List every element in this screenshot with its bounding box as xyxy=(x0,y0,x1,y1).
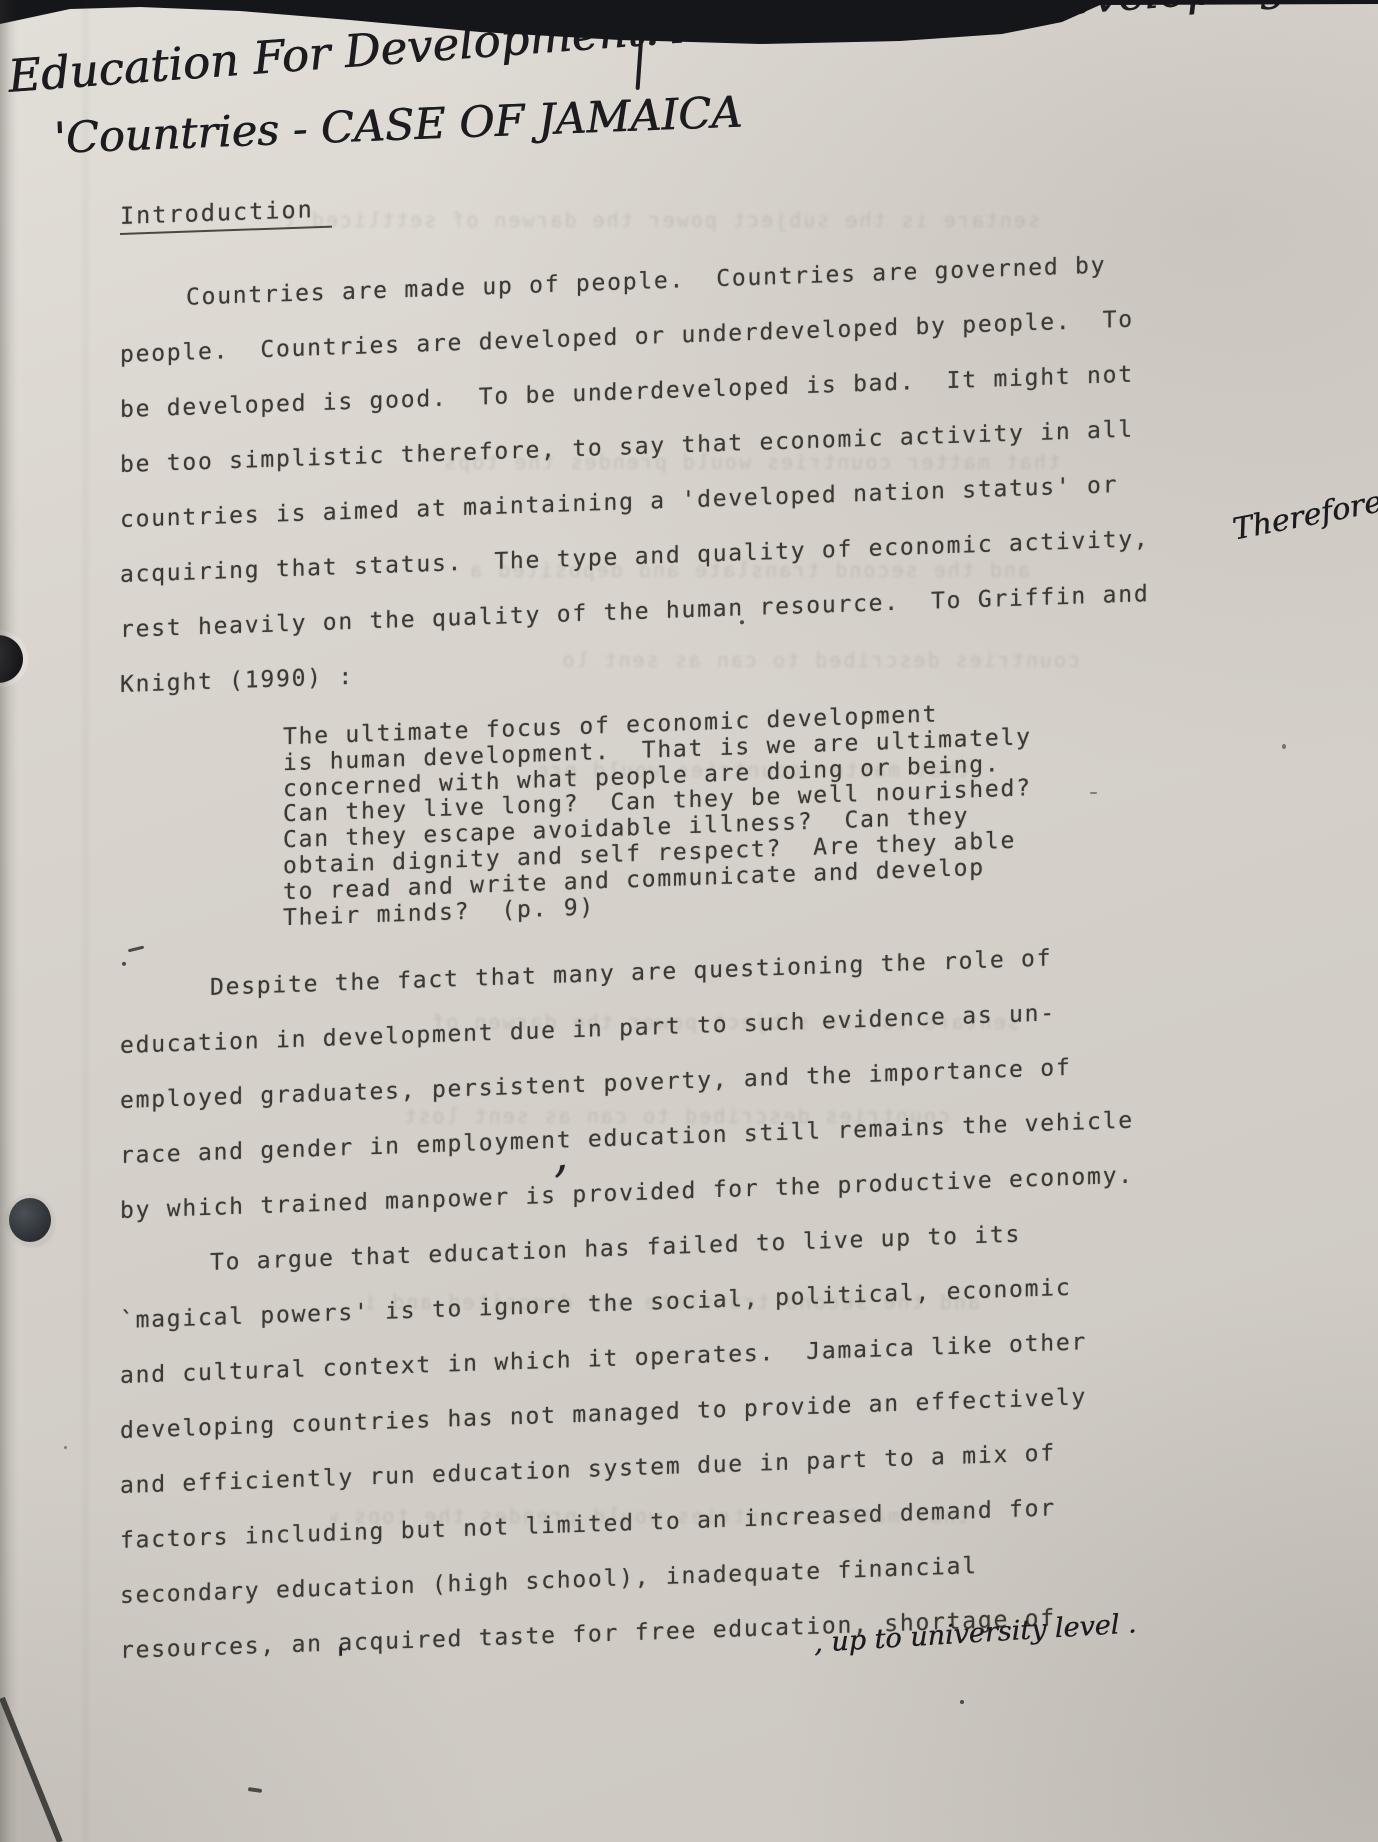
paragraph-1: Countries are made up of people. Countri… xyxy=(120,237,1149,713)
scan-top-band xyxy=(0,0,1378,60)
paragraph-2: Despite the fact that many are questioni… xyxy=(120,929,1134,1239)
scanned-document-page: sentare is the subject power the darwen … xyxy=(0,0,1378,1842)
speck xyxy=(1282,744,1286,749)
section-heading: Introduction xyxy=(120,195,332,235)
speck xyxy=(64,1446,67,1449)
blockquote-griffin-knight: The ultimate focus of economic developme… xyxy=(283,699,1032,932)
inserted-apostrophe-annotation: ' xyxy=(336,1640,345,1680)
margin-note-therefore: Therefore xyxy=(1230,484,1378,547)
margin-squiggle xyxy=(128,946,144,952)
paragraph-3: To argue that education has failed to li… xyxy=(120,1205,1087,1679)
speck xyxy=(960,1700,964,1704)
paper-left-edge-shadow xyxy=(0,0,18,1842)
typed-text-block: Introduction Countries are made up of pe… xyxy=(120,0,1270,1842)
page-edge-bottom-left xyxy=(0,0,120,1842)
paper-crease xyxy=(84,0,87,1842)
speck xyxy=(1090,792,1097,794)
